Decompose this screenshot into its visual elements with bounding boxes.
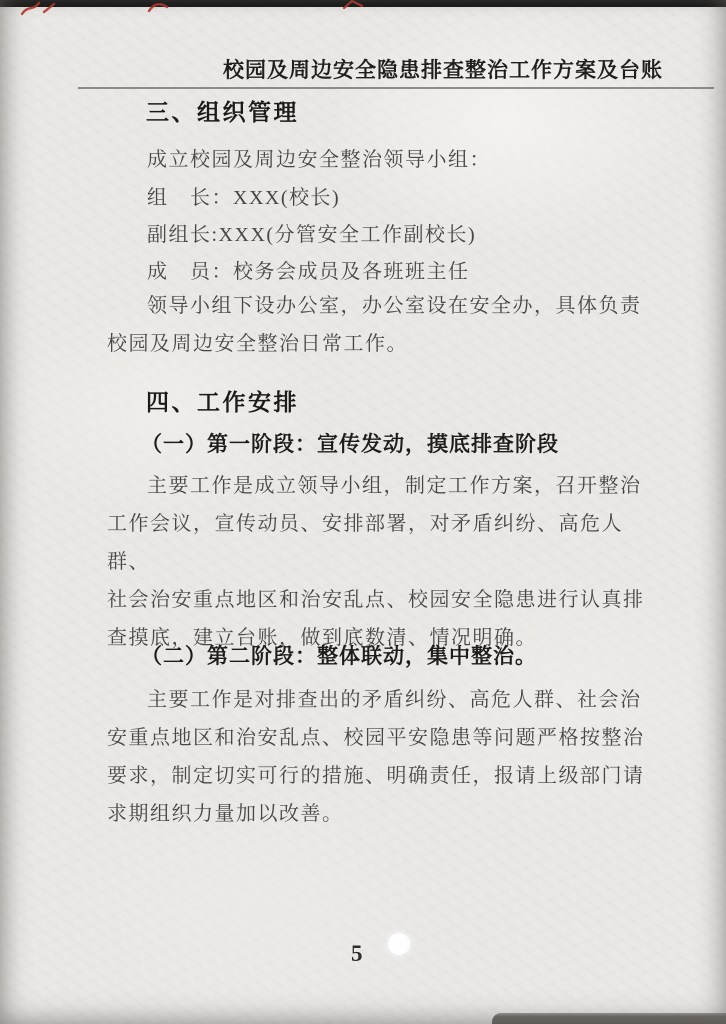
header-title: 校园及周边安全隐患排查整治工作方案及台账	[223, 54, 663, 84]
org-intro-line: 成立校园及周边安全整治领导小组：	[147, 143, 491, 172]
phase1-heading: （一）第一阶段：宣传发动，摸底排查阶段	[141, 428, 559, 458]
org-paragraph: 领导小组下设办公室，办公室设在安全办，具体负责 校园及周边安全整治日常工作。	[107, 287, 645, 363]
section-heading-work-arrangement: 四、工作安排	[146, 384, 299, 417]
section-heading-organization: 三、组织管理	[146, 94, 299, 127]
red-pen-mark-icon	[343, 0, 365, 10]
red-pen-mark-icon	[20, 0, 58, 16]
header-rule	[78, 87, 714, 89]
bottom-right-bar[interactable]	[492, 1013, 726, 1024]
role-line-members: 成 员：校务会成员及各班班主任	[147, 255, 470, 284]
role-line-deputy-leader: 副组长:XXX(分管安全工作副校长)	[147, 218, 476, 247]
floating-dot	[388, 933, 410, 955]
phase1-paragraph: 主要工作是成立领导小组，制定工作方案，召开整治 工作会议，宣传动员、安排部署，对…	[107, 467, 645, 657]
page-number: 5	[351, 941, 363, 967]
document-page: 校园及周边安全隐患排查整治工作方案及台账 三、组织管理 成立校园及周边安全整治领…	[0, 0, 726, 1024]
phase2-heading: （二）第二阶段：整体联动，集中整治。	[141, 640, 537, 670]
role-line-leader: 组 长：XXX(校长)	[147, 181, 340, 210]
phase2-paragraph: 主要工作是对排查出的矛盾纠纷、高危人群、社会治 安重点地区和治安乱点、校园平安隐…	[107, 681, 645, 833]
red-pen-mark-icon	[147, 0, 169, 13]
